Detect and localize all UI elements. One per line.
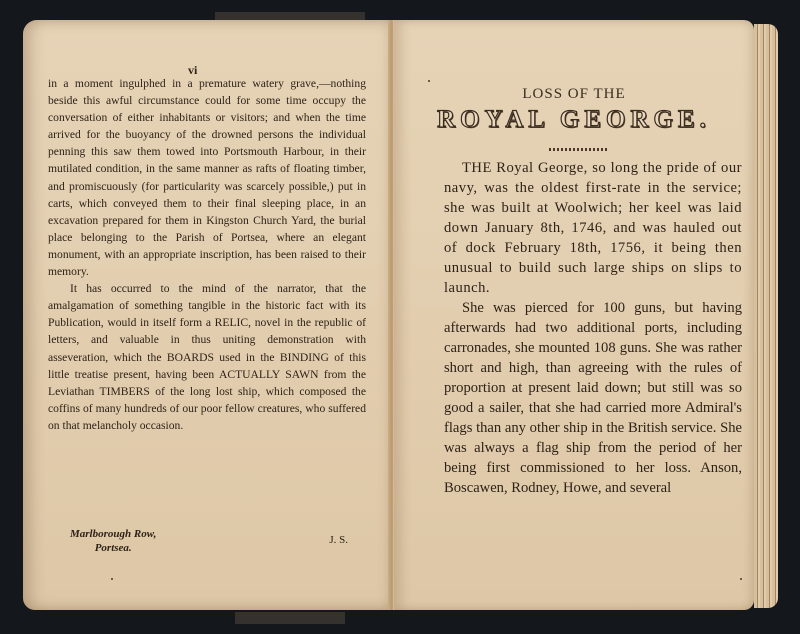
right-paragraph-2: She was pierced for 100 guns, but having… [444,298,742,498]
right-paragraph-1: THE Royal George, so long the pride of o… [444,158,742,298]
ornamental-rule [549,148,609,151]
right-page: LOSS OF THE ROYAL GEORGE. THE Royal Geor… [394,20,754,610]
signature-place: Marlborough Row, Portsea. [70,527,156,555]
left-page-body: in a moment ingulphed in a premature wat… [48,75,366,434]
open-book: vi in a moment ingulphed in a premature … [20,20,782,615]
left-page: vi in a moment ingulphed in a premature … [23,20,393,610]
chapter-heading-large: ROYAL GEORGE. [394,106,754,134]
left-paragraph-2: It has occurred to the mind of the narra… [48,280,366,434]
page-edges [754,24,778,608]
signature-initials: J. S. [329,533,348,547]
signature-place-line-2: Portsea. [70,541,156,555]
signature-place-line-1: Marlborough Row, [70,527,156,541]
paper-speck [111,578,113,580]
paper-speck [428,80,430,82]
left-paragraph-1: in a moment ingulphed in a premature wat… [48,75,366,280]
paper-speck [740,578,742,580]
right-page-body: THE Royal George, so long the pride of o… [444,158,742,498]
chapter-heading-small: LOSS OF THE [394,86,754,103]
